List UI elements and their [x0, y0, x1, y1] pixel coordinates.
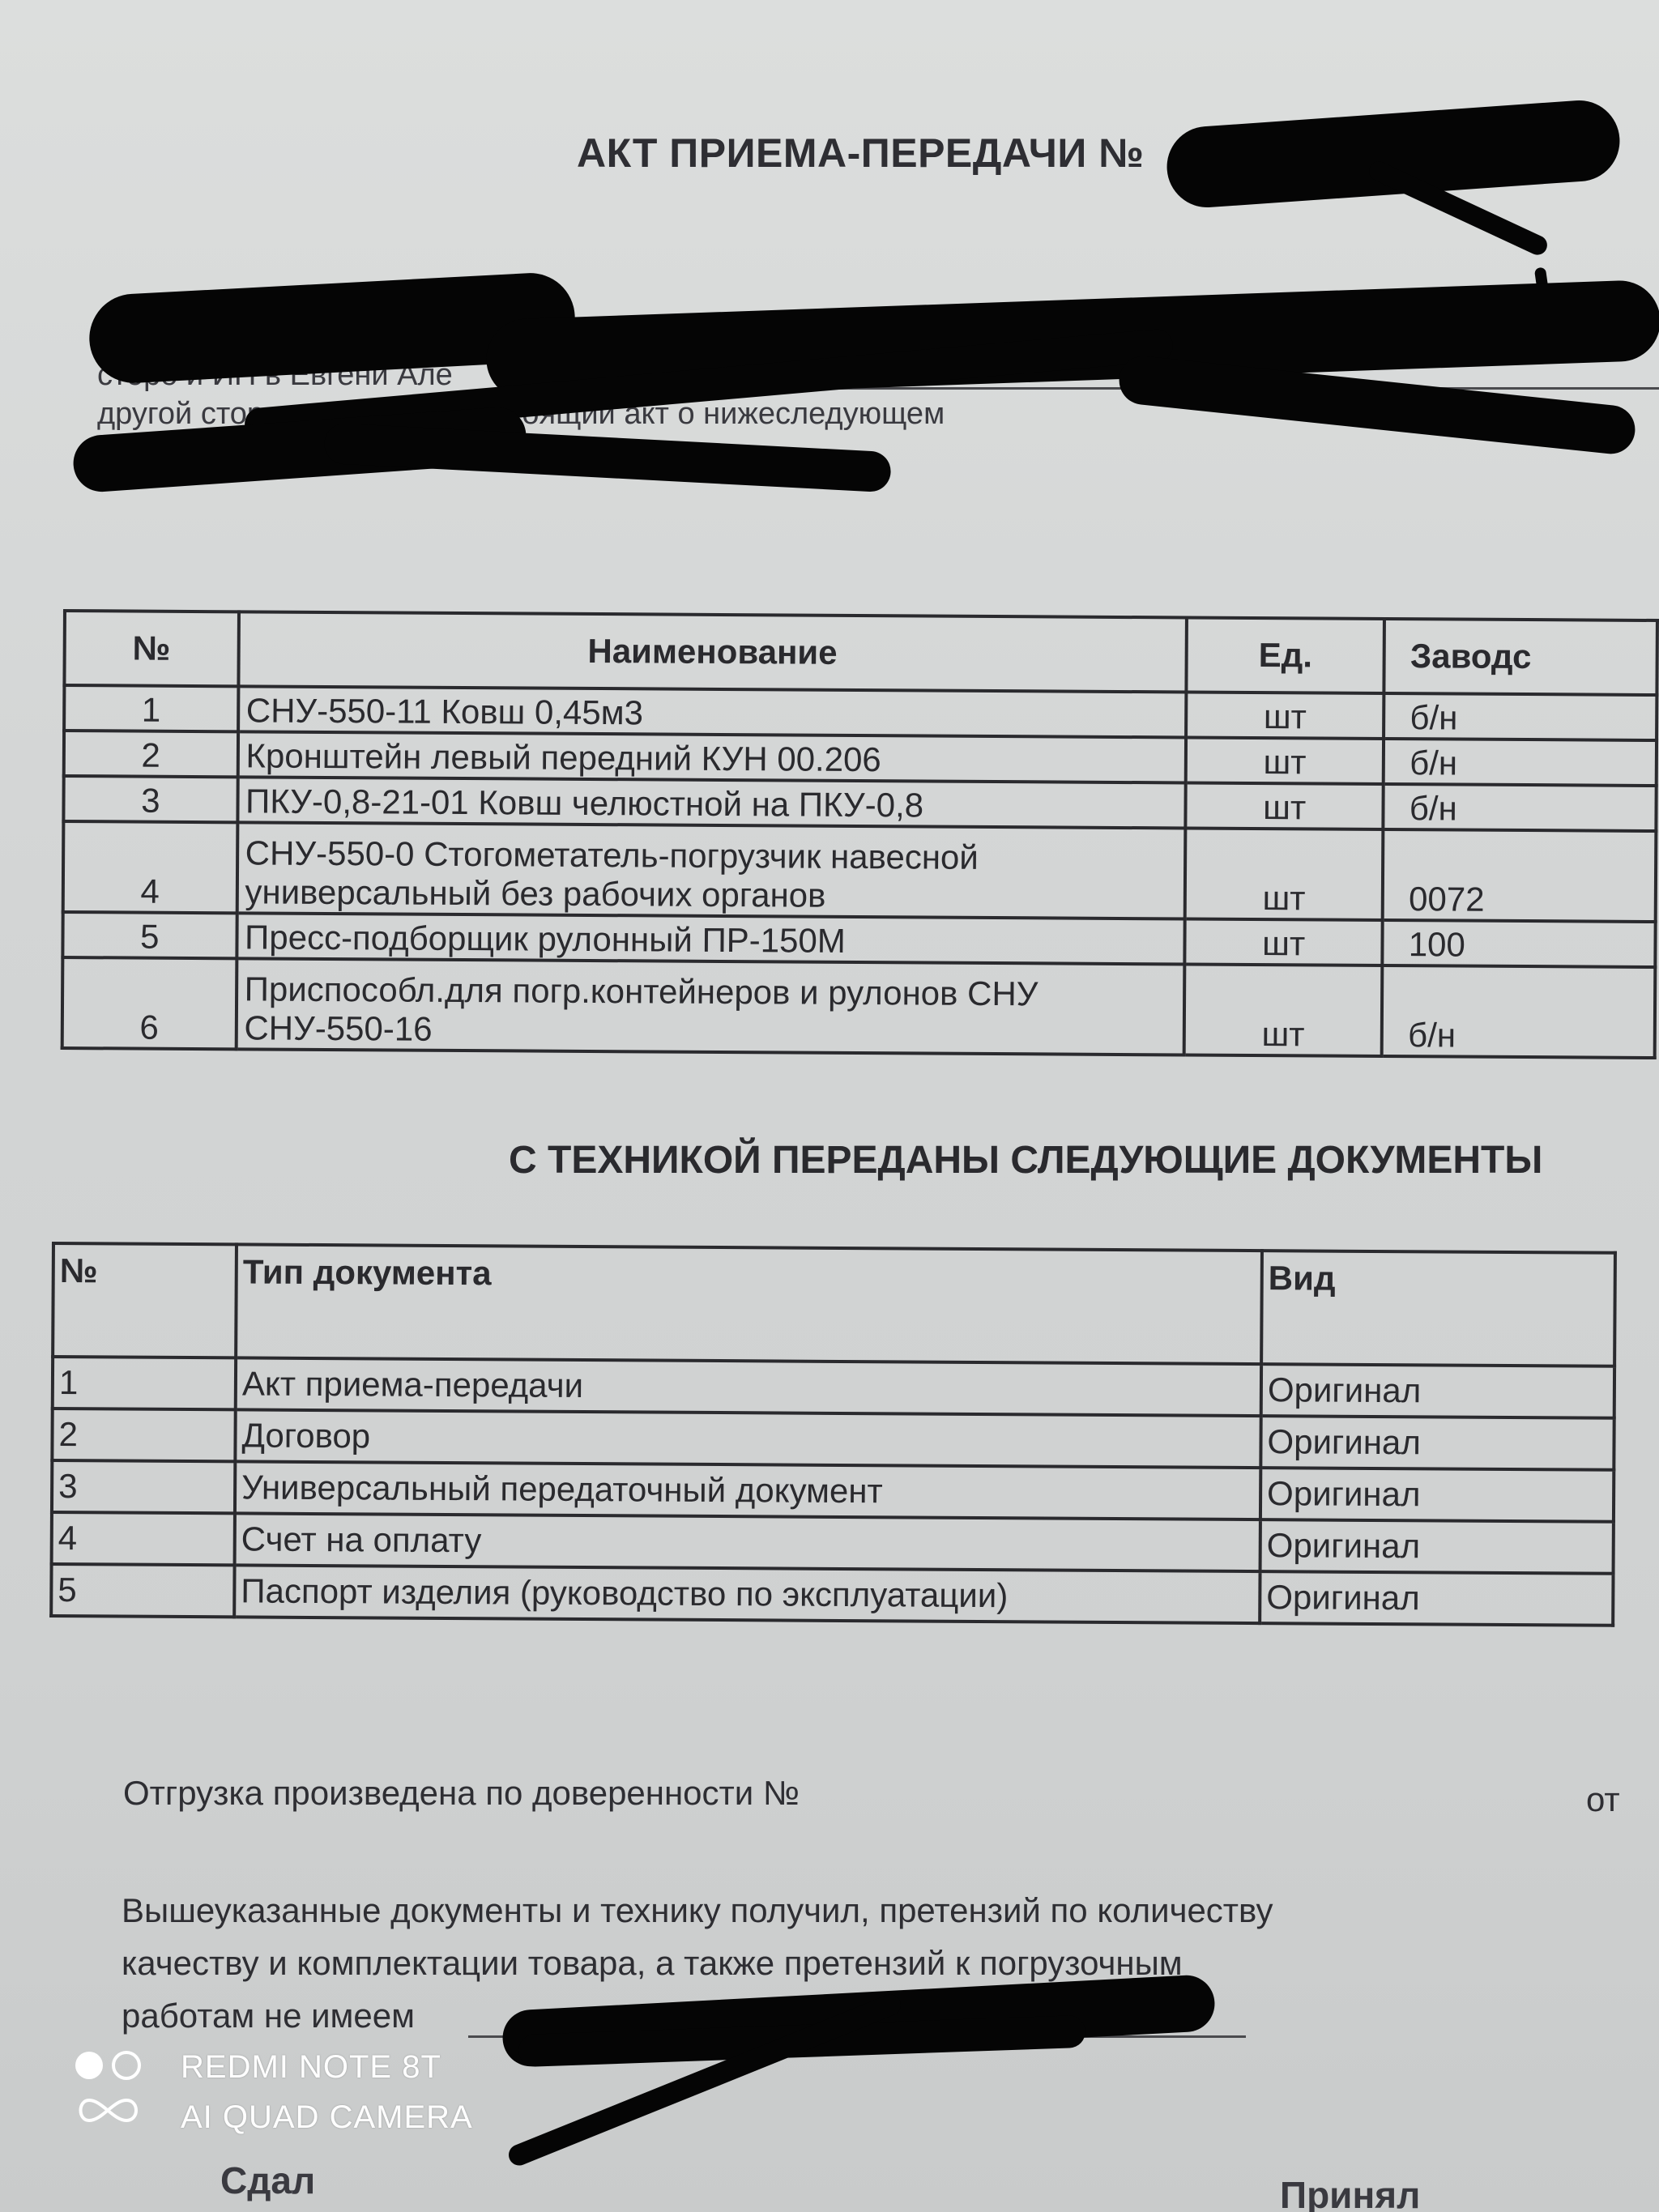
item-serial: 0072 — [1383, 829, 1656, 922]
claims-line: качеству и комплектации товара, а также … — [122, 1944, 1183, 1983]
shipment-date-label: от — [1586, 1780, 1620, 1819]
row-number: 2 — [64, 731, 238, 777]
column-header-unit: Ед. — [1186, 617, 1384, 693]
table-row: 1 Акт приема-передачи Оригинал — [53, 1357, 1614, 1418]
item-serial: б/н — [1384, 693, 1657, 740]
claims-line: Вышеуказанные документы и технику получи… — [122, 1891, 1273, 1930]
row-number: 5 — [62, 912, 237, 958]
table-header-row: № Наименование Ед. Заводс — [64, 611, 1657, 695]
row-number: 4 — [63, 821, 237, 913]
doc-kind: Оригинал — [1260, 1571, 1613, 1626]
column-header-serial: Заводс — [1384, 619, 1657, 695]
table-row: 4 Счет на оплату Оригинал — [52, 1512, 1614, 1574]
dual-camera-logo-icon — [71, 2049, 149, 2127]
doc-type: Акт приема-передачи — [236, 1357, 1261, 1416]
redaction-mark — [1164, 98, 1623, 211]
item-name: СНУ-550-0 Стогометатель-погрузчик навесн… — [237, 822, 1185, 918]
table-row: 6 Приспособл.для погр.контейнеров и руло… — [62, 957, 1656, 1058]
item-name-line: СНУ-550-0 Стогометатель-погрузчик навесн… — [245, 833, 1178, 878]
item-name-line: Приспособл.для погр.контейнеров и рулоно… — [245, 970, 1177, 1014]
row-number: 6 — [62, 957, 237, 1049]
item-name-line: универсальный без рабочих органов — [245, 872, 1177, 917]
item-serial: б/н — [1384, 784, 1657, 831]
item-name: ПКУ-0,8-21-01 Ковш челюстной на ПКУ-0,8 — [237, 777, 1186, 828]
table-row: 4 СНУ-550-0 Стогометатель-погрузчик наве… — [63, 821, 1657, 922]
doc-type: Паспорт изделия (руководство по эксплуат… — [234, 1565, 1260, 1623]
item-unit: шт — [1186, 737, 1384, 783]
item-unit: шт — [1184, 964, 1383, 1055]
row-number: 2 — [52, 1409, 235, 1461]
column-header-number: № — [53, 1243, 237, 1357]
doc-type: Универсальный передаточный документ — [235, 1461, 1260, 1519]
item-unit: шт — [1185, 828, 1384, 919]
item-unit: шт — [1184, 918, 1383, 965]
item-serial: б/н — [1384, 739, 1657, 786]
shipment-line: Отгрузка произведена по доверенности № — [123, 1774, 800, 1813]
document-title: АКТ ПРИЕМА-ПЕРЕДАЧИ № — [577, 130, 1144, 177]
claims-line: работам не имеем — [122, 1997, 415, 2035]
doc-kind: Оригинал — [1260, 1519, 1614, 1574]
items-table: № Наименование Ед. Заводс 1 СНУ-550-11 К… — [61, 609, 1659, 1059]
row-number: 3 — [63, 776, 237, 822]
documents-section-title: С ТЕХНИКОЙ ПЕРЕДАНЫ СЛЕДУЮЩИЕ ДОКУМЕНТЫ — [509, 1138, 1542, 1183]
row-number: 1 — [64, 685, 238, 731]
redaction-mark — [323, 423, 892, 493]
doc-type: Счет на оплату — [235, 1513, 1260, 1571]
item-unit: шт — [1185, 782, 1384, 829]
document-page: АКТ ПРИЕМА-ПЕРЕДАЧИ № М сторо и ИП в Евг… — [0, 0, 1659, 2212]
doc-kind: Оригинал — [1261, 1364, 1614, 1418]
table-row: 2 Договор Оригинал — [52, 1409, 1614, 1470]
watermark-device: REDMI NOTE 8T — [181, 2049, 441, 2086]
column-header-name: Наименование — [238, 612, 1187, 692]
item-name-line: СНУ-550-16 — [244, 1008, 1176, 1053]
item-unit: шт — [1186, 692, 1384, 738]
doc-kind: Оригинал — [1260, 1416, 1614, 1470]
item-name: Кронштейн левый передний КУН 00.206 — [237, 731, 1186, 782]
accepted-label: Принял — [1280, 2173, 1420, 2212]
handed-over-label: Сдал — [220, 2159, 315, 2202]
item-name: СНУ-550-11 Ковш 0,45м3 — [238, 686, 1187, 737]
item-serial: 100 — [1383, 920, 1656, 967]
item-name: Приспособл.для погр.контейнеров и рулоно… — [236, 958, 1184, 1055]
item-serial: б/н — [1382, 965, 1655, 1058]
row-number: 3 — [52, 1460, 235, 1513]
doc-kind: Оригинал — [1260, 1468, 1614, 1522]
row-number: 4 — [52, 1512, 235, 1565]
column-header-doc-type: Тип документа — [236, 1244, 1262, 1364]
doc-type: Договор — [235, 1409, 1260, 1468]
documents-table: № Тип документа Вид 1 Акт приема-передач… — [49, 1242, 1617, 1627]
row-number: 1 — [53, 1357, 236, 1409]
table-row: 5 Паспорт изделия (руководство по эксплу… — [51, 1564, 1613, 1626]
table-header-row: № Тип документа Вид — [53, 1243, 1615, 1366]
column-header-doc-kind: Вид — [1261, 1251, 1615, 1366]
watermark-camera: AI QUAD CAMERA — [181, 2099, 473, 2136]
column-header-number: № — [64, 611, 238, 686]
item-name: Пресс-подборщик рулонный ПР-150М — [237, 913, 1185, 964]
table-row: 3 Универсальный передаточный документ Ор… — [52, 1460, 1614, 1522]
row-number: 5 — [51, 1564, 234, 1617]
